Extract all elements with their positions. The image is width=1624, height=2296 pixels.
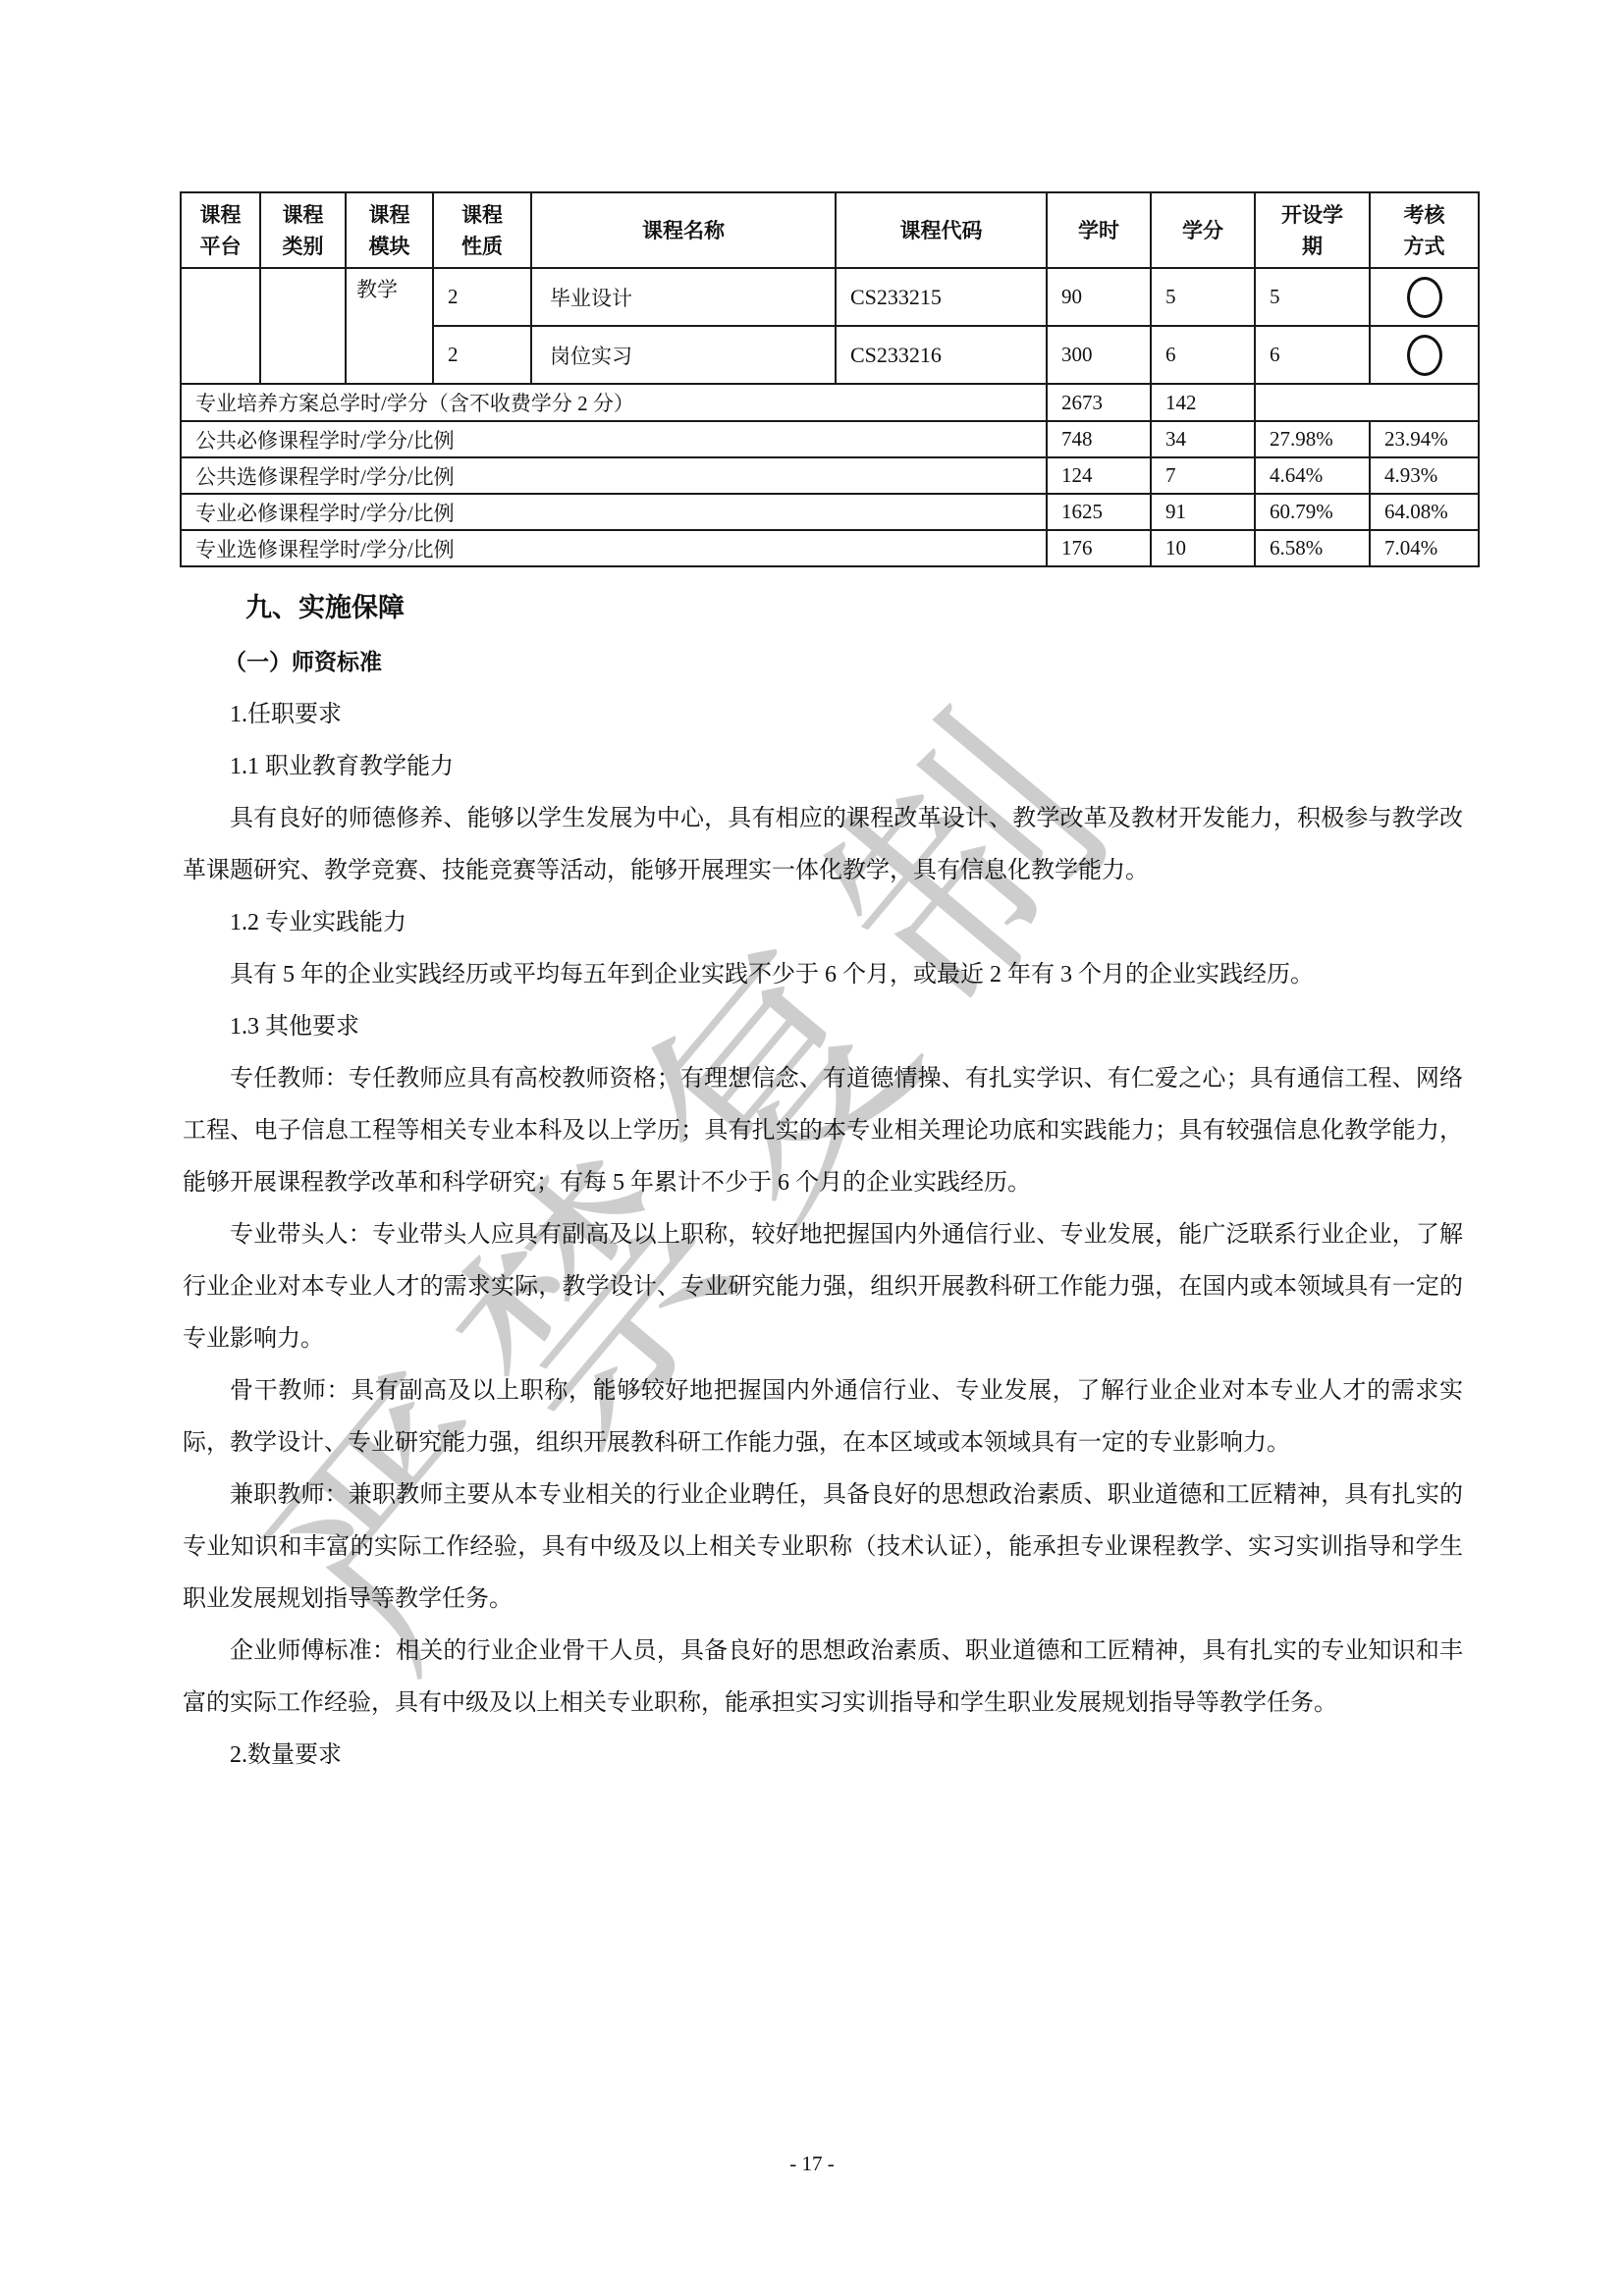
paragraph-practice: 具有 5 年的企业实践经历或平均每五年到企业实践不少于 6 个月，或最近 2 年…: [183, 949, 1463, 1001]
course-name-cell: 毕业设计: [531, 268, 836, 326]
header-course-name: 课程名称: [531, 192, 836, 268]
summary-hours: 748: [1047, 421, 1151, 457]
course-code-cell: CS233216: [836, 326, 1047, 384]
paragraph-teaching-ability: 具有良好的师德修养、能够以学生发展为中心，具有相应的课程改革设计、教学改革及教材…: [183, 793, 1463, 897]
credits-cell: 6: [1151, 326, 1255, 384]
summary-credits: 10: [1151, 530, 1255, 566]
header-assessment: 考核 方式: [1370, 192, 1479, 268]
header-course-code: 课程代码: [836, 192, 1047, 268]
nature-cell: 2: [433, 326, 531, 384]
course-code-cell: CS233215: [836, 268, 1047, 326]
summary-credits-pct: 7.04%: [1370, 530, 1479, 566]
summary-credits-pct: 23.94%: [1370, 421, 1479, 457]
course-name-cell: 岗位实习: [531, 326, 836, 384]
summary-label: 公共必修课程学时/学分/比例: [181, 421, 1047, 457]
header-course-platform: 课程 平台: [181, 192, 260, 268]
summary-empty-cell: [1255, 384, 1479, 421]
assessment-circle-icon: [1407, 335, 1442, 376]
paragraph-enterprise-mentor: 企业师傅标准：相关的行业企业骨干人员，具备良好的思想政治素质、职业道德和工匠精神…: [183, 1626, 1463, 1730]
paragraph-parttime-teacher: 兼职教师：兼职教师主要从本专业相关的行业企业聘任，具备良好的思想政治素质、职业道…: [183, 1469, 1463, 1626]
summary-hours-pct: 60.79%: [1255, 494, 1370, 530]
summary-label: 专业培养方案总学时/学分（含不收费学分 2 分）: [181, 384, 1047, 421]
summary-hours: 1625: [1047, 494, 1151, 530]
category-cell-empty: [260, 268, 346, 384]
heading-1-3: 1.3 其他要求: [183, 1001, 1463, 1053]
summary-hours-pct: 6.58%: [1255, 530, 1370, 566]
header-semester: 开设学 期: [1255, 192, 1370, 268]
module-cell: 教学: [346, 268, 433, 384]
summary-row: 公共必修课程学时/学分/比例 748 34 27.98% 23.94%: [181, 421, 1479, 457]
summary-row: 专业必修课程学时/学分/比例 1625 91 60.79% 64.08%: [181, 494, 1479, 530]
section-heading-sub: （一）师资标准: [183, 634, 1463, 689]
course-row: 教学 2 毕业设计 CS233215 90 5 5: [181, 268, 1479, 326]
semester-cell: 6: [1255, 326, 1370, 384]
assessment-cell: [1370, 268, 1479, 326]
header-credits: 学分: [1151, 192, 1255, 268]
header-course-category: 课程 类别: [260, 192, 346, 268]
document-page: 严禁复制 课程 平台 课程 类别 课程 模块 课程 性质 课程名称 课程代码 学…: [0, 0, 1624, 2296]
summary-credits: 91: [1151, 494, 1255, 530]
document-body: 九、实施保障 （一）师资标准 1.任职要求 1.1 职业教育教学能力 具有良好的…: [183, 581, 1463, 1782]
header-course-module: 课程 模块: [346, 192, 433, 268]
summary-credits-pct: 64.08%: [1370, 494, 1479, 530]
assessment-circle-icon: [1407, 277, 1442, 318]
paragraph-program-leader: 专业带头人：专业带头人应具有副高及以上职称，较好地把握国内外通信行业、专业发展，…: [183, 1209, 1463, 1365]
summary-credits-pct: 4.93%: [1370, 457, 1479, 494]
header-course-nature: 课程 性质: [433, 192, 531, 268]
summary-label: 专业选修课程学时/学分/比例: [181, 530, 1047, 566]
summary-hours: 124: [1047, 457, 1151, 494]
summary-credits: 34: [1151, 421, 1255, 457]
semester-cell: 5: [1255, 268, 1370, 326]
summary-hours-pct: 4.64%: [1255, 457, 1370, 494]
assessment-cell: [1370, 326, 1479, 384]
heading-1-2: 1.2 专业实践能力: [183, 897, 1463, 949]
heading-1-1: 1.1 职业教育教学能力: [183, 741, 1463, 793]
curriculum-table: 课程 平台 课程 类别 课程 模块 课程 性质 课程名称 课程代码 学时 学分 …: [180, 191, 1480, 567]
summary-row: 公共选修课程学时/学分/比例 124 7 4.64% 4.93%: [181, 457, 1479, 494]
section-heading-major: 九、实施保障: [183, 581, 1463, 634]
table-header-row: 课程 平台 课程 类别 课程 模块 课程 性质 课程名称 课程代码 学时 学分 …: [181, 192, 1479, 268]
hours-cell: 90: [1047, 268, 1151, 326]
heading-2: 2.数量要求: [183, 1730, 1463, 1782]
platform-cell-empty: [181, 268, 260, 384]
paragraph-fulltime-teacher: 专任教师：专任教师应具有高校教师资格；有理想信念、有道德情操、有扎实学识、有仁爱…: [183, 1053, 1463, 1209]
summary-row-total: 专业培养方案总学时/学分（含不收费学分 2 分） 2673 142: [181, 384, 1479, 421]
credits-cell: 5: [1151, 268, 1255, 326]
summary-label: 公共选修课程学时/学分/比例: [181, 457, 1047, 494]
hours-cell: 300: [1047, 326, 1151, 384]
summary-label: 专业必修课程学时/学分/比例: [181, 494, 1047, 530]
summary-hours-pct: 27.98%: [1255, 421, 1370, 457]
summary-hours: 2673: [1047, 384, 1151, 421]
summary-credits: 142: [1151, 384, 1255, 421]
header-hours: 学时: [1047, 192, 1151, 268]
summary-hours: 176: [1047, 530, 1151, 566]
heading-1: 1.任职要求: [183, 689, 1463, 741]
page-number: - 17 -: [0, 2152, 1624, 2176]
nature-cell: 2: [433, 268, 531, 326]
paragraph-backbone-teacher: 骨干教师：具有副高及以上职称，能够较好地把握国内外通信行业、专业发展，了解行业企…: [183, 1365, 1463, 1469]
summary-credits: 7: [1151, 457, 1255, 494]
summary-row: 专业选修课程学时/学分/比例 176 10 6.58% 7.04%: [181, 530, 1479, 566]
